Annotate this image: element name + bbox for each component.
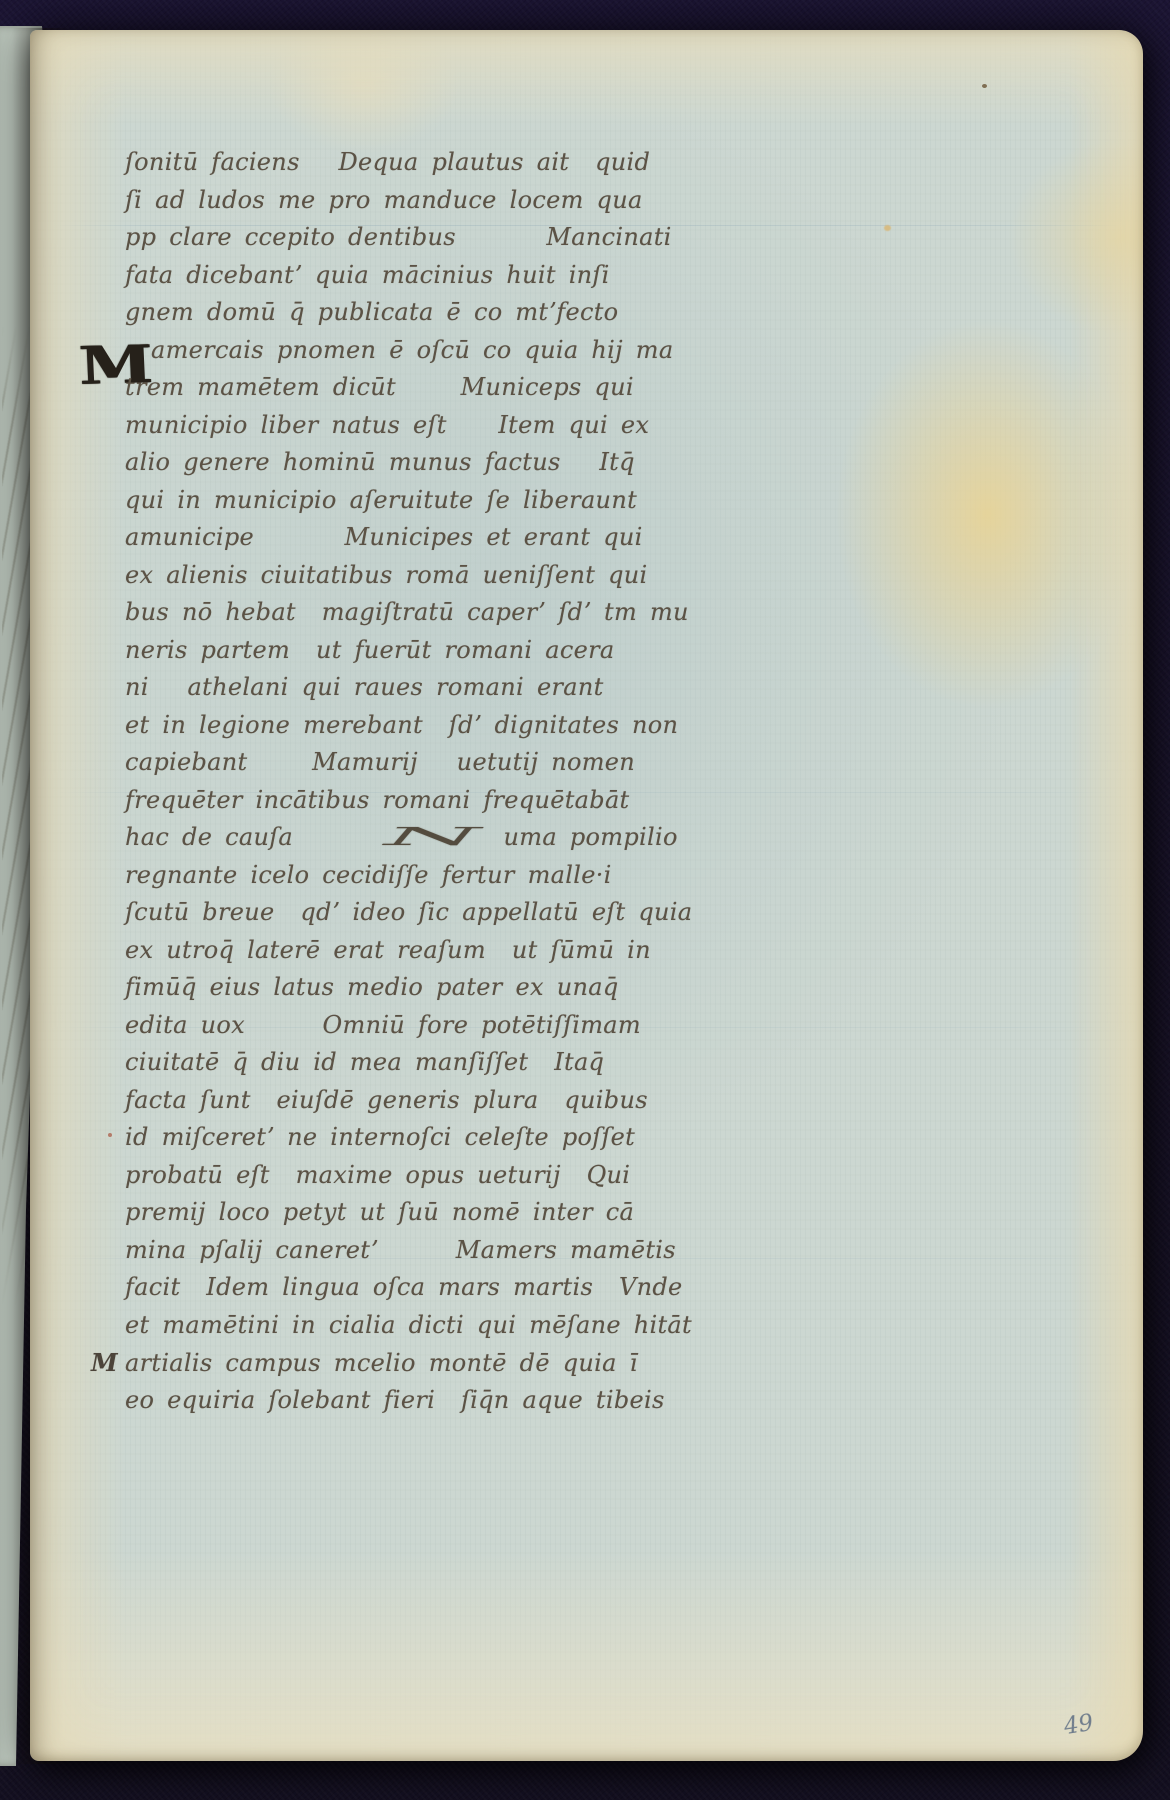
manuscript-line: et in legione merebant ſdʼ dignitates no… [125, 711, 785, 749]
manuscript-line: premij loco petyt ut ſuū nomē inter cā [125, 1198, 785, 1236]
manuscript-line: facta ſunt eiuſdē generis plura quibus [125, 1086, 785, 1124]
ink-speck [108, 1133, 112, 1137]
manuscript-line: trem mamētem dicūt Municeps qui [125, 373, 785, 411]
manuscript-line: edita uox Omniū fore potētiſſimam [125, 1011, 785, 1049]
manuscript-line: capiebant Mamurij uetutij nomen [125, 748, 785, 786]
manuscript-line: id miſceretʼ ne internoſci celeſte poſſe… [125, 1123, 785, 1161]
manuscript-line: neris partem ut fuerūt romani acera [125, 636, 785, 674]
manuscript-line: regnante icelo cecidiſſe fertur malle·i [125, 861, 785, 899]
manuscript-line: fata dicebantʼ quia mācinius huit inſi [125, 261, 785, 299]
manuscript-line: facit Idem lingua oſca mars martis Vnde [125, 1273, 785, 1311]
manuscript-line: bus nō hebat magiſtratū caperʼ ſdʼ tm mu [125, 598, 785, 636]
manuscript-line: probatū eſt maxime opus ueturij Qui [125, 1161, 785, 1199]
elongated-initial-n: N [384, 823, 936, 851]
manuscript-line: ſonitū faciens Dequa plautus ait quid [125, 148, 785, 186]
manuscript-line: hac de cauſa Numa pompilio [125, 823, 785, 861]
manuscript-line: gnem domū q̄ publicata ē co mtʼfecto [125, 298, 785, 336]
manuscript-line: mina pſalij caneretʼ Mamers mamētis [125, 1236, 785, 1274]
manuscript-line: municipio liber natus eſt Item qui ex [125, 411, 785, 449]
manuscript-line: et mamētini in cialia dicti qui mēſane h… [125, 1311, 785, 1349]
manuscript-line: ni athelani qui raues romani erant [125, 673, 785, 711]
manuscript-line: frequēter incātibus romani frequētabāt [125, 786, 785, 824]
manuscript-line: ſcutū breue qdʼ ideo ſic appellatū eſt q… [125, 898, 785, 936]
manuscript-page: M ſonitū faciens Dequa plautus ait quidſ… [30, 30, 1143, 1761]
manuscript-line: ex alienis ciuitatibus romā ueniſſent qu… [125, 561, 785, 599]
manuscript-line: pp clare ccepito dentibus Mancinati [125, 223, 785, 261]
manuscript-line: qui in municipio aſeruitute ſe liberaunt [125, 486, 785, 524]
manuscript-line: amercais pnomen ē oſcū co quia hij ma [125, 336, 785, 374]
ink-speck [982, 84, 987, 88]
manuscript-line: Martialis campus mcelio montē dē quia ī [125, 1348, 785, 1386]
stain-speck [884, 225, 891, 231]
manuscript-line: fimūq̄ eius latus medio pater ex unaq̄ [125, 973, 785, 1011]
manuscript-line: eo equiria ſolebant fieri ſiq̄n aque tib… [125, 1386, 785, 1424]
margin-initial: M [91, 1348, 125, 1377]
manuscript-line: ciuitatē q̄ diu id mea manſiſſet Itaq̄ [125, 1048, 785, 1086]
manuscript-line: ex utroq̄ laterē erat reaſum ut ſūmū in [125, 936, 785, 974]
text-column: ſonitū faciens Dequa plautus ait quidſi … [125, 148, 785, 1423]
folio-number: 49 [1062, 1710, 1095, 1740]
manuscript-line: amunicipe Municipes et erant qui [125, 523, 785, 561]
manuscript-line: alio genere hominū munus factus Itq̄ [125, 448, 785, 486]
manuscript-line: ſi ad ludos me pro manduce locem qua [125, 186, 785, 224]
